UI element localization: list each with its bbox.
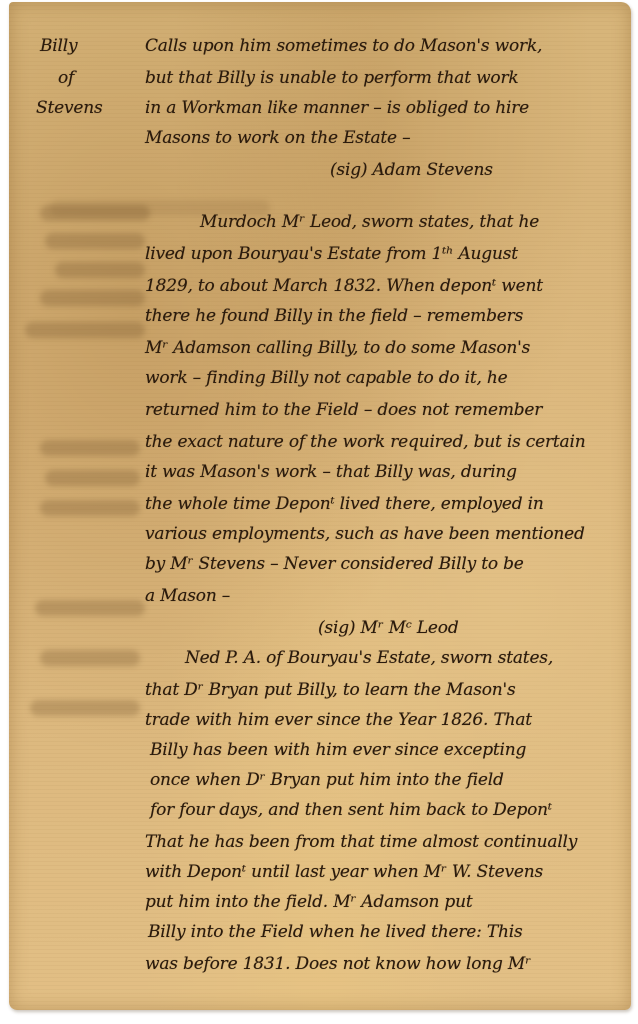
bleed-through-mark: [40, 290, 145, 306]
margin-note-line: Billy: [40, 36, 77, 56]
text-line: Billy has been with him ever since excep…: [150, 740, 526, 760]
text-line: but that Billy is unable to perform that…: [145, 68, 519, 88]
bleed-through-mark: [40, 440, 140, 456]
text-line: Masons to work on the Estate –: [145, 128, 410, 148]
bleed-through-mark: [40, 500, 140, 516]
text-line: work – finding Billy not capable to do i…: [145, 368, 508, 388]
bleed-through-mark: [35, 600, 145, 616]
text-line: Ned P. A. of Bouryau's Estate, sworn sta…: [185, 648, 553, 668]
text-line: the whole time Deponᵗ lived there, emplo…: [145, 494, 544, 514]
text-line: Calls upon him sometimes to do Mason's w…: [145, 36, 542, 56]
bleed-through-mark: [40, 650, 140, 666]
text-line: Murdoch Mʳ Leod, sworn states, that he: [200, 212, 539, 232]
bleed-through-mark: [25, 322, 145, 338]
text-line: with Deponᵗ until last year when Mʳ W. S…: [145, 862, 543, 882]
text-line: once when Dʳ Bryan put him into the fiel…: [150, 770, 504, 790]
text-line: put him into the field. Mʳ Adamson put: [145, 892, 473, 912]
text-line: That he has been from that time almost c…: [145, 832, 577, 852]
text-line: trade with him ever since the Year 1826.…: [145, 710, 532, 730]
text-line: there he found Billy in the field – reme…: [145, 306, 523, 326]
text-line: returned him to the Field – does not rem…: [145, 400, 542, 420]
text-line: by Mʳ Stevens – Never considered Billy t…: [145, 554, 524, 574]
text-line: 1829, to about March 1832. When deponᵗ w…: [145, 276, 543, 296]
bleed-through-mark: [45, 470, 140, 486]
text-line: Billy into the Field when he lived there…: [148, 922, 523, 942]
text-line: that Dʳ Bryan put Billy, to learn the Ma…: [145, 680, 516, 700]
signature-mcleod: (sig) Mʳ Mᶜ Leod: [318, 618, 459, 638]
text-line: various employments, such as have been m…: [145, 524, 585, 544]
text-line: lived upon Bouryau's Estate from 1ᵗʰ Aug…: [145, 244, 518, 264]
text-line: in a Workman like manner – is obliged to…: [145, 98, 529, 118]
text-line: was before 1831. Does not know how long …: [145, 954, 531, 974]
bleed-through-mark: [45, 233, 145, 249]
bleed-through-mark: [55, 262, 145, 278]
margin-note-line: Stevens: [36, 98, 102, 118]
text-line: for four days, and then sent him back to…: [150, 800, 552, 820]
signature-adam-stevens: (sig) Adam Stevens: [330, 160, 493, 180]
margin-note-line: of: [58, 68, 74, 88]
text-line: the exact nature of the work required, b…: [145, 432, 585, 452]
bleed-through-mark: [30, 700, 140, 716]
text-line: Mʳ Adamson calling Billy, to do some Mas…: [145, 338, 530, 358]
text-line: a Mason –: [145, 586, 230, 606]
text-line: it was Mason's work – that Billy was, du…: [145, 462, 517, 482]
